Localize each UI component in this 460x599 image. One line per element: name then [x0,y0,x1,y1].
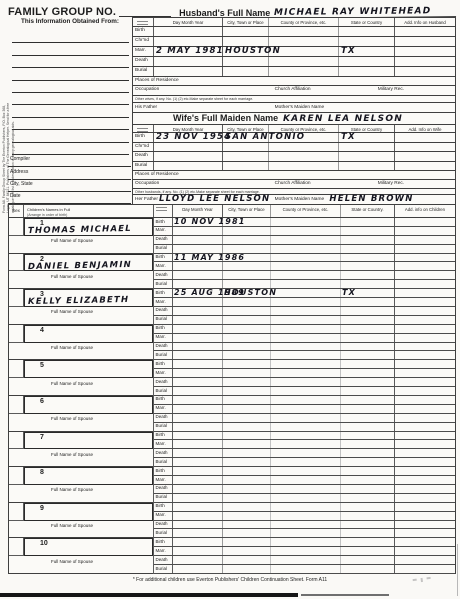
child-burial-row: Burial [154,423,455,432]
child-sex-cell [9,325,24,343]
child-name-value: KELLY ELIZABETH [28,295,130,307]
child-number: 4 [25,326,152,334]
child-marriage-row: Marr. [154,405,455,414]
source-line [12,93,129,105]
child-sex-cell [9,396,24,414]
wife-title-row: Wife's Full Maiden Name KAREN LEA NELSON [133,113,455,125]
col-header-place: City, Town or Place [223,18,269,26]
child-birth-row: Birth [154,432,455,441]
wife-burial-row: Burial [133,162,455,172]
wife-residence-row: Places of Residence [133,171,455,180]
child-birth-row: Birth [154,467,455,476]
source-line [12,43,129,55]
child-dates-area: Birth Marr. Death Burial [154,432,455,468]
source-line [12,68,129,80]
child-name-area: 9 Full Name of Spouse [9,503,154,539]
child-dates-area: Birth Marr. Death Burial [154,325,455,361]
row-label-burial: Burial [154,316,173,324]
child-marriage-row: Marr. [154,369,455,378]
row-label-birth: Birth [154,503,173,511]
footer-note: * For additional children use Everton Pu… [0,577,460,583]
row-label-marr: Marr. [154,405,173,413]
husband-burial-row: Burial [133,67,455,77]
source-line [12,143,129,155]
scan-artifact-bar [301,594,389,596]
col-header-state: State or Country [339,18,395,26]
child-sex-cell [9,538,24,556]
col-header-county: County or Province, etc. [271,205,341,217]
spouse-label: Full Name of Spouse [51,523,93,528]
occupation-label: Occupation [135,87,159,95]
birth-state: TX [341,132,356,142]
row-label-burial: Burial [154,280,173,288]
spouse-label: Full Name of Spouse [51,238,93,243]
child-record: 8 Full Name of Spouse Birth [9,467,455,503]
row-label-birth: Birth [154,396,173,404]
spouse-cell: Full Name of Spouse [9,485,153,503]
child-name-box: 5 [24,360,153,378]
child-burial-row: Burial [154,316,455,325]
child-name-area: 8 Full Name of Spouse [9,467,154,503]
row-label-birth: Birth [154,360,173,368]
sources-column: This Information Obtained From: Compiler… [8,18,131,204]
family-group-sheet: FAMILY GROUP NO. Husband's Full Name MIC… [0,0,460,599]
child-name-area: 7 Full Name of Spouse [9,432,154,468]
church-affiliation-label: Church Affiliation [275,181,311,186]
wife-name-value: KAREN LEA NELSON [283,114,403,124]
row-label-birth: Birth [154,325,173,333]
source-line [12,31,129,43]
wife-birth-row: Birth 23 NOV 1954 SAN ANTONIO TX [133,133,455,143]
birth-date: 23 NOV 1954 [156,132,231,142]
family-group-no-label: FAMILY GROUP NO. [8,6,116,18]
church-affiliation-label: Church Affiliation [275,87,311,92]
spouse-cell: Full Name of Spouse [9,236,153,254]
child-birth-row: Birth [154,360,455,369]
child-record: 7 Full Name of Spouse Birth [9,432,455,468]
row-label-death: Death [154,521,173,529]
row-label-marr: Marr. [154,512,173,520]
row-label-burial: Burial [154,351,173,359]
child-dates-area: Birth 10 NOV 1981 Marr. Death Burial [154,218,455,254]
corner-cell [133,125,154,132]
spouse-cell: Full Name of Spouse [9,271,153,289]
col-header-dates: Day Month Year [173,205,223,217]
family-group-no-blank [119,7,171,17]
child-sex-cell [9,360,24,378]
child-name-area: 3 KELLY ELIZABETH Full Name of Spouse [9,289,154,325]
husband-residence-row: Places of Residence [133,77,455,86]
source-line [12,118,129,130]
mother-maiden-name-label: Mother's Maiden Name [275,105,324,110]
child-record: 10 Full Name of Spouse Birth [9,538,455,574]
child-birth-row: Birth 10 NOV 1981 [154,218,455,227]
compiler-field: Compiler [8,155,131,167]
spouse-label: Full Name of Spouse [51,345,93,350]
children-names-header-line2: (Arrange in order of birth) [27,213,67,217]
child-name-area: 1 THOMAS MICHAEL Full Name of Spouse [9,218,154,254]
row-label-death: Death [154,307,173,315]
child-name-box: 8 [24,467,153,485]
row-label-burial: Burial [154,387,173,395]
child-death-row: Death [154,485,455,494]
spouse-cell: Full Name of Spouse [9,556,153,574]
spouse-label: Full Name of Spouse [51,309,93,314]
child-dates-area: Birth Marr. Death Burial [154,503,455,539]
date-field: Date [8,192,131,204]
child-death-row: Death [154,271,455,280]
source-line [12,81,129,93]
child-death-row: Death [154,236,455,245]
child-sex-cell [9,503,24,521]
husband-parents-row: His Father Mother's Maiden Name [133,103,455,113]
child-birth-row: Birth [154,325,455,334]
row-label: Death [133,152,154,161]
col-header-add-info: Add. info on Children [395,205,455,217]
obtained-from-label: This Information Obtained From: [8,18,131,27]
husband-other-marriages-note: Other wives, if any. No. (1) (2) etc. Ma… [133,96,455,103]
child-marriage-row: Marr. [154,227,455,236]
child-death-row: Death [154,414,455,423]
spouse-cell: Full Name of Spouse [9,307,153,325]
corner-cell [133,18,154,26]
row-label: Chr'nd [133,37,154,46]
child-marriage-row: Marr. [154,334,455,343]
wife-christened-row: Chr'nd [133,143,455,153]
child-record: 2 DANIEL BENJAMIN Full Name of Spouse Bi… [9,254,455,290]
child-name-area: 10 Full Name of Spouse [9,538,154,574]
child-dates-area: Birth Marr. Death Burial [154,360,455,396]
spouse-cell: Full Name of Spouse [9,449,153,467]
child-marriage-row: Marr. [154,547,455,556]
wife-occupation-row: Occupation Church Affiliation Military R… [133,180,455,189]
child-name-value: DANIEL BENJAMIN [28,260,132,272]
child-number: 10 [25,539,152,547]
child-number: 8 [25,468,152,476]
child-birth-row: Birth [154,503,455,512]
child-name-box: 3 KELLY ELIZABETH [24,289,153,307]
row-label-marr: Marr. [154,227,173,235]
child-name-area: 4 Full Name of Spouse [9,325,154,361]
child-sex-cell [9,218,24,236]
child-dates-area: Birth Marr. Death Burial [154,467,455,503]
row-label-marr: Marr. [154,334,173,342]
children-names-header-line1: Children's Names in Full [27,207,70,212]
col-header-dates: Day Month Year [154,18,223,26]
child-name-area: 6 Full Name of Spouse [9,396,154,432]
child-birth-row: Birth [154,396,455,405]
spouse-cell: Full Name of Spouse [9,343,153,361]
child-number: 9 [25,504,152,512]
children-names-header: Children's Names in Full (Arrange in ord… [24,205,154,217]
row-label-death: Death [154,556,173,564]
spouse-label: Full Name of Spouse [51,559,93,564]
child-death-row: Death [154,449,455,458]
places-of-residence-label: Places of Residence [135,78,179,85]
child-dates-area: Birth 11 MAY 1986 Marr. Death Burial [154,254,455,290]
row-label-marr: Marr. [154,262,173,270]
child-name-area: 2 DANIEL BENJAMIN Full Name of Spouse [9,254,154,290]
col-header-county: County or Province, etc. [269,18,339,26]
row-label: Death [133,57,154,66]
child-death-row: Death [154,378,455,387]
child-record: 5 Full Name of Spouse Birth [9,360,455,396]
child-birth-row: Birth 11 MAY 1986 [154,254,455,263]
child-name-box: 1 THOMAS MICHAEL [24,218,153,236]
source-lines [8,31,131,155]
child-marriage-row: Marr. [154,440,455,449]
row-label-marr: Marr. [154,476,173,484]
row-label-burial: Burial [154,565,173,573]
child-marriage-row: Marr. [154,476,455,485]
mother-maiden-name-value: HELEN BROWN [329,194,413,204]
row-label-burial: Burial [154,423,173,431]
row-label-death: Death [154,414,173,422]
child-burial-row: Burial [154,529,455,538]
row-label-burial: Burial [154,529,173,537]
military-rec-label: Military Rec. [378,181,404,186]
row-label-birth: Birth [154,432,173,440]
her-father-label: Her Father [135,197,158,202]
title-bar: FAMILY GROUP NO. Husband's Full Name MIC… [8,4,456,18]
row-label-burial: Burial [154,458,173,466]
children-rows: 1 THOMAS MICHAEL Full Name of Spouse Bir… [9,218,455,574]
marriage-date: 2 MAY 1981 [156,46,224,56]
marriage-state: TX [341,46,356,56]
row-label-birth: Birth [154,289,173,297]
row-label-death: Death [154,378,173,386]
address-field: Address [8,167,131,179]
child-name-box: 7 [24,432,153,450]
child-record: 4 Full Name of Spouse Birth [9,325,455,361]
child-sex-cell [9,432,24,450]
spouse-label: Full Name of Spouse [51,416,93,421]
row-label-birth: Birth [154,467,173,475]
husband-occupation-row: Occupation Church Affiliation Military R… [133,86,455,96]
col-header-place: City, Town or Place [223,205,271,217]
child-record: 6 Full Name of Spouse Birth [9,396,455,432]
child-marriage-row: Marr. [154,298,455,307]
child-record: 1 THOMAS MICHAEL Full Name of Spouse Bir… [9,218,455,254]
child-name-area: 5 Full Name of Spouse [9,360,154,396]
child-death-row: Death [154,343,455,352]
wife-name-label: Wife's Full Maiden Name [173,113,278,123]
row-label-death: Death [154,271,173,279]
child-birth-place: HOUSTON [224,288,277,297]
row-label-marr: Marr. [154,298,173,306]
scan-artifact-bar [0,593,298,597]
publisher-margin-note: Form A8. Family Group Sheet by The Evert… [2,101,15,213]
spouse-label: Full Name of Spouse [51,381,93,386]
child-sex-cell [9,254,24,272]
child-death-row: Death [154,521,455,530]
child-marriage-row: Marr. [154,512,455,521]
child-name-box: 4 [24,325,153,343]
child-burial-row: Burial [154,351,455,360]
row-label: Burial [133,162,154,171]
spouse-label: Full Name of Spouse [51,274,93,279]
child-sex-cell [9,289,24,307]
husband-marriage-row: Marr. 2 MAY 1981 HOUSTON TX [133,47,455,57]
husband-header-row: Day Month Year City, Town or Place Count… [133,18,455,27]
row-label: Birth [133,133,154,142]
child-death-row: Death [154,307,455,316]
row-label-death: Death [154,343,173,351]
scan-edge-line [457,544,458,596]
child-name-box: 10 [24,538,153,556]
source-line [12,130,129,142]
child-birth-row: Birth 25 AUG 1989 HOUSTON TX [154,289,455,298]
source-line [12,105,129,117]
places-of-residence-label: Places of Residence [135,172,179,179]
col-header-add-info: Add. Info on Wife [395,125,455,132]
row-label-birth: Birth [154,538,173,546]
child-burial-row: Burial [154,494,455,503]
spouse-label: Full Name of Spouse [51,487,93,492]
col-header-add-info: Add. Info on Husband [395,18,455,26]
row-label-marr: Marr. [154,369,173,377]
child-name-value: THOMAS MICHAEL [28,224,132,236]
child-dates-area: Birth Marr. Death Burial [154,396,455,432]
row-label-birth: Birth [154,218,173,226]
row-label-death: Death [154,449,173,457]
spouse-label: Full Name of Spouse [51,452,93,457]
row-label-burial: Burial [154,494,173,502]
corner-cell [154,205,173,217]
source-line [12,56,129,68]
child-birth-row: Birth [154,538,455,547]
row-label: Marr. [133,47,154,56]
child-name-box: 2 DANIEL BENJAMIN [24,254,153,272]
child-burial-row: Burial [154,565,455,574]
child-marriage-row: Marr. [154,262,455,271]
child-number: 6 [25,397,152,405]
child-sex-cell [9,467,24,485]
row-label-marr: Marr. [154,547,173,555]
child-name-box: 6 [24,396,153,414]
his-father-label: His Father [135,105,157,110]
child-birth-state: TX [342,288,356,297]
city-state-field: City, State [8,180,131,192]
spouse-cell: Full Name of Spouse [9,378,153,396]
her-father-value: LLOYD LEE NELSON [159,194,270,204]
child-burial-row: Burial [154,458,455,467]
row-label-death: Death [154,236,173,244]
col-header-state: State or Country. [341,205,395,217]
child-death-row: Death [154,556,455,565]
wife-death-row: Death [133,152,455,162]
husband-death-row: Death [133,57,455,67]
row-label-birth: Birth [154,254,173,262]
row-label: Chr'nd [133,143,154,152]
husband-birth-row: Birth [133,27,455,37]
row-label: Burial [133,67,154,76]
children-table: Sex Children's Names in Full (Arrange in… [8,204,456,574]
note-line-2: Make separate sheet for each marriage. [189,97,253,103]
row-label-death: Death [154,485,173,493]
spouse-cell: Full Name of Spouse [9,414,153,432]
husband-wife-tables: Day Month Year City, Town or Place Count… [132,17,456,205]
child-number: 5 [25,361,152,369]
child-record: 9 Full Name of Spouse Birth [9,503,455,539]
military-rec-label: Military Rec. [378,87,404,92]
occupation-label: Occupation [135,181,159,188]
child-record: 3 KELLY ELIZABETH Full Name of Spouse Bi… [9,289,455,325]
spouse-cell: Full Name of Spouse [9,521,153,539]
row-label: Birth [133,27,154,36]
row-label-marr: Marr. [154,440,173,448]
child-name-box: 9 [24,503,153,521]
child-number: 7 [25,433,152,441]
child-burial-row: Burial [154,387,455,396]
mother-maiden-name-label: Mother's Maiden Name [275,197,324,202]
child-dates-area: Birth Marr. Death Burial [154,538,455,574]
child-dates-area: Birth 25 AUG 1989 HOUSTON TX Marr. Death… [154,289,455,325]
row-label-burial: Burial [154,245,173,253]
note-line-1: Other wives, if any. No. (1) (2) etc. [135,97,189,103]
